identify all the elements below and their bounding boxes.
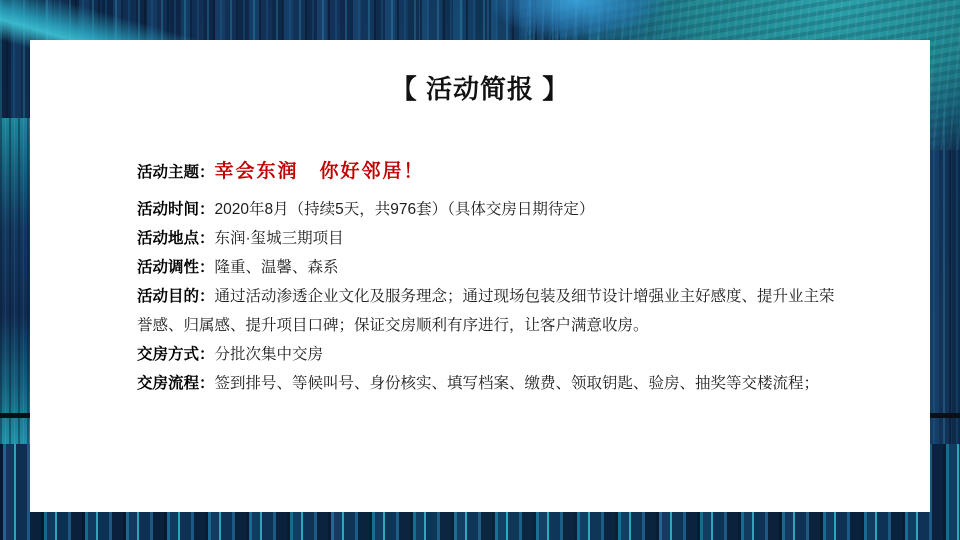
item-value: 签到排号、等候叫号、身份核实、填写档案、缴费、领取钥匙、验房、抽奖等交楼流程； [215,375,820,392]
item-value: 2020年8月（持续5天，共976套）（具体交房日期待定） [215,201,595,218]
item-value-emphasis: 幸会东润 你好邻居！ [215,161,425,182]
background-blue-patch [492,0,662,42]
content-card: 【 活动简报 】 活动主题：幸会东润 你好邻居！ 活动时间：2020年8月（持续… [30,40,930,512]
brief-item-theme: 活动主题：幸会东润 你好邻居！ [137,154,849,191]
item-value: 分批次集中交房 [215,346,324,363]
item-label: 活动地点： [137,230,215,247]
brief-list: 活动主题：幸会东润 你好邻居！ 活动时间：2020年8月（持续5天，共976套）… [137,154,849,398]
item-label: 活动主题： [137,164,215,181]
item-label: 交房流程： [137,375,215,392]
item-label: 交房方式： [137,346,215,363]
item-value: 隆重、温馨、森系 [215,259,339,276]
item-value: 通过活动渗透企业文化及服务理念；通过现场包装及细节设计增强业主好感度、提升业主荣… [137,288,835,334]
brief-item-delivery-process: 交房流程：签到排号、等候叫号、身份核实、填写档案、缴费、领取钥匙、验房、抽奖等交… [137,369,849,398]
presentation-slide: 【 活动简报 】 活动主题：幸会东润 你好邻居！ 活动时间：2020年8月（持续… [0,0,960,540]
item-label: 活动时间： [137,201,215,218]
item-label: 活动目的： [137,288,215,305]
item-label: 活动调性： [137,259,215,276]
brief-item-tone: 活动调性：隆重、温馨、森系 [137,253,849,282]
slide-title: 【 活动简报 】 [30,40,930,105]
brief-item-location: 活动地点：东润·玺城三期项目 [137,224,849,253]
item-value: 东润·玺城三期项目 [215,230,344,247]
brief-item-time: 活动时间：2020年8月（持续5天，共976套）（具体交房日期待定） [137,195,849,224]
brief-item-delivery-method: 交房方式：分批次集中交房 [137,340,849,369]
brief-item-purpose: 活动目的：通过活动渗透企业文化及服务理念；通过现场包装及细节设计增强业主好感度、… [137,282,849,340]
